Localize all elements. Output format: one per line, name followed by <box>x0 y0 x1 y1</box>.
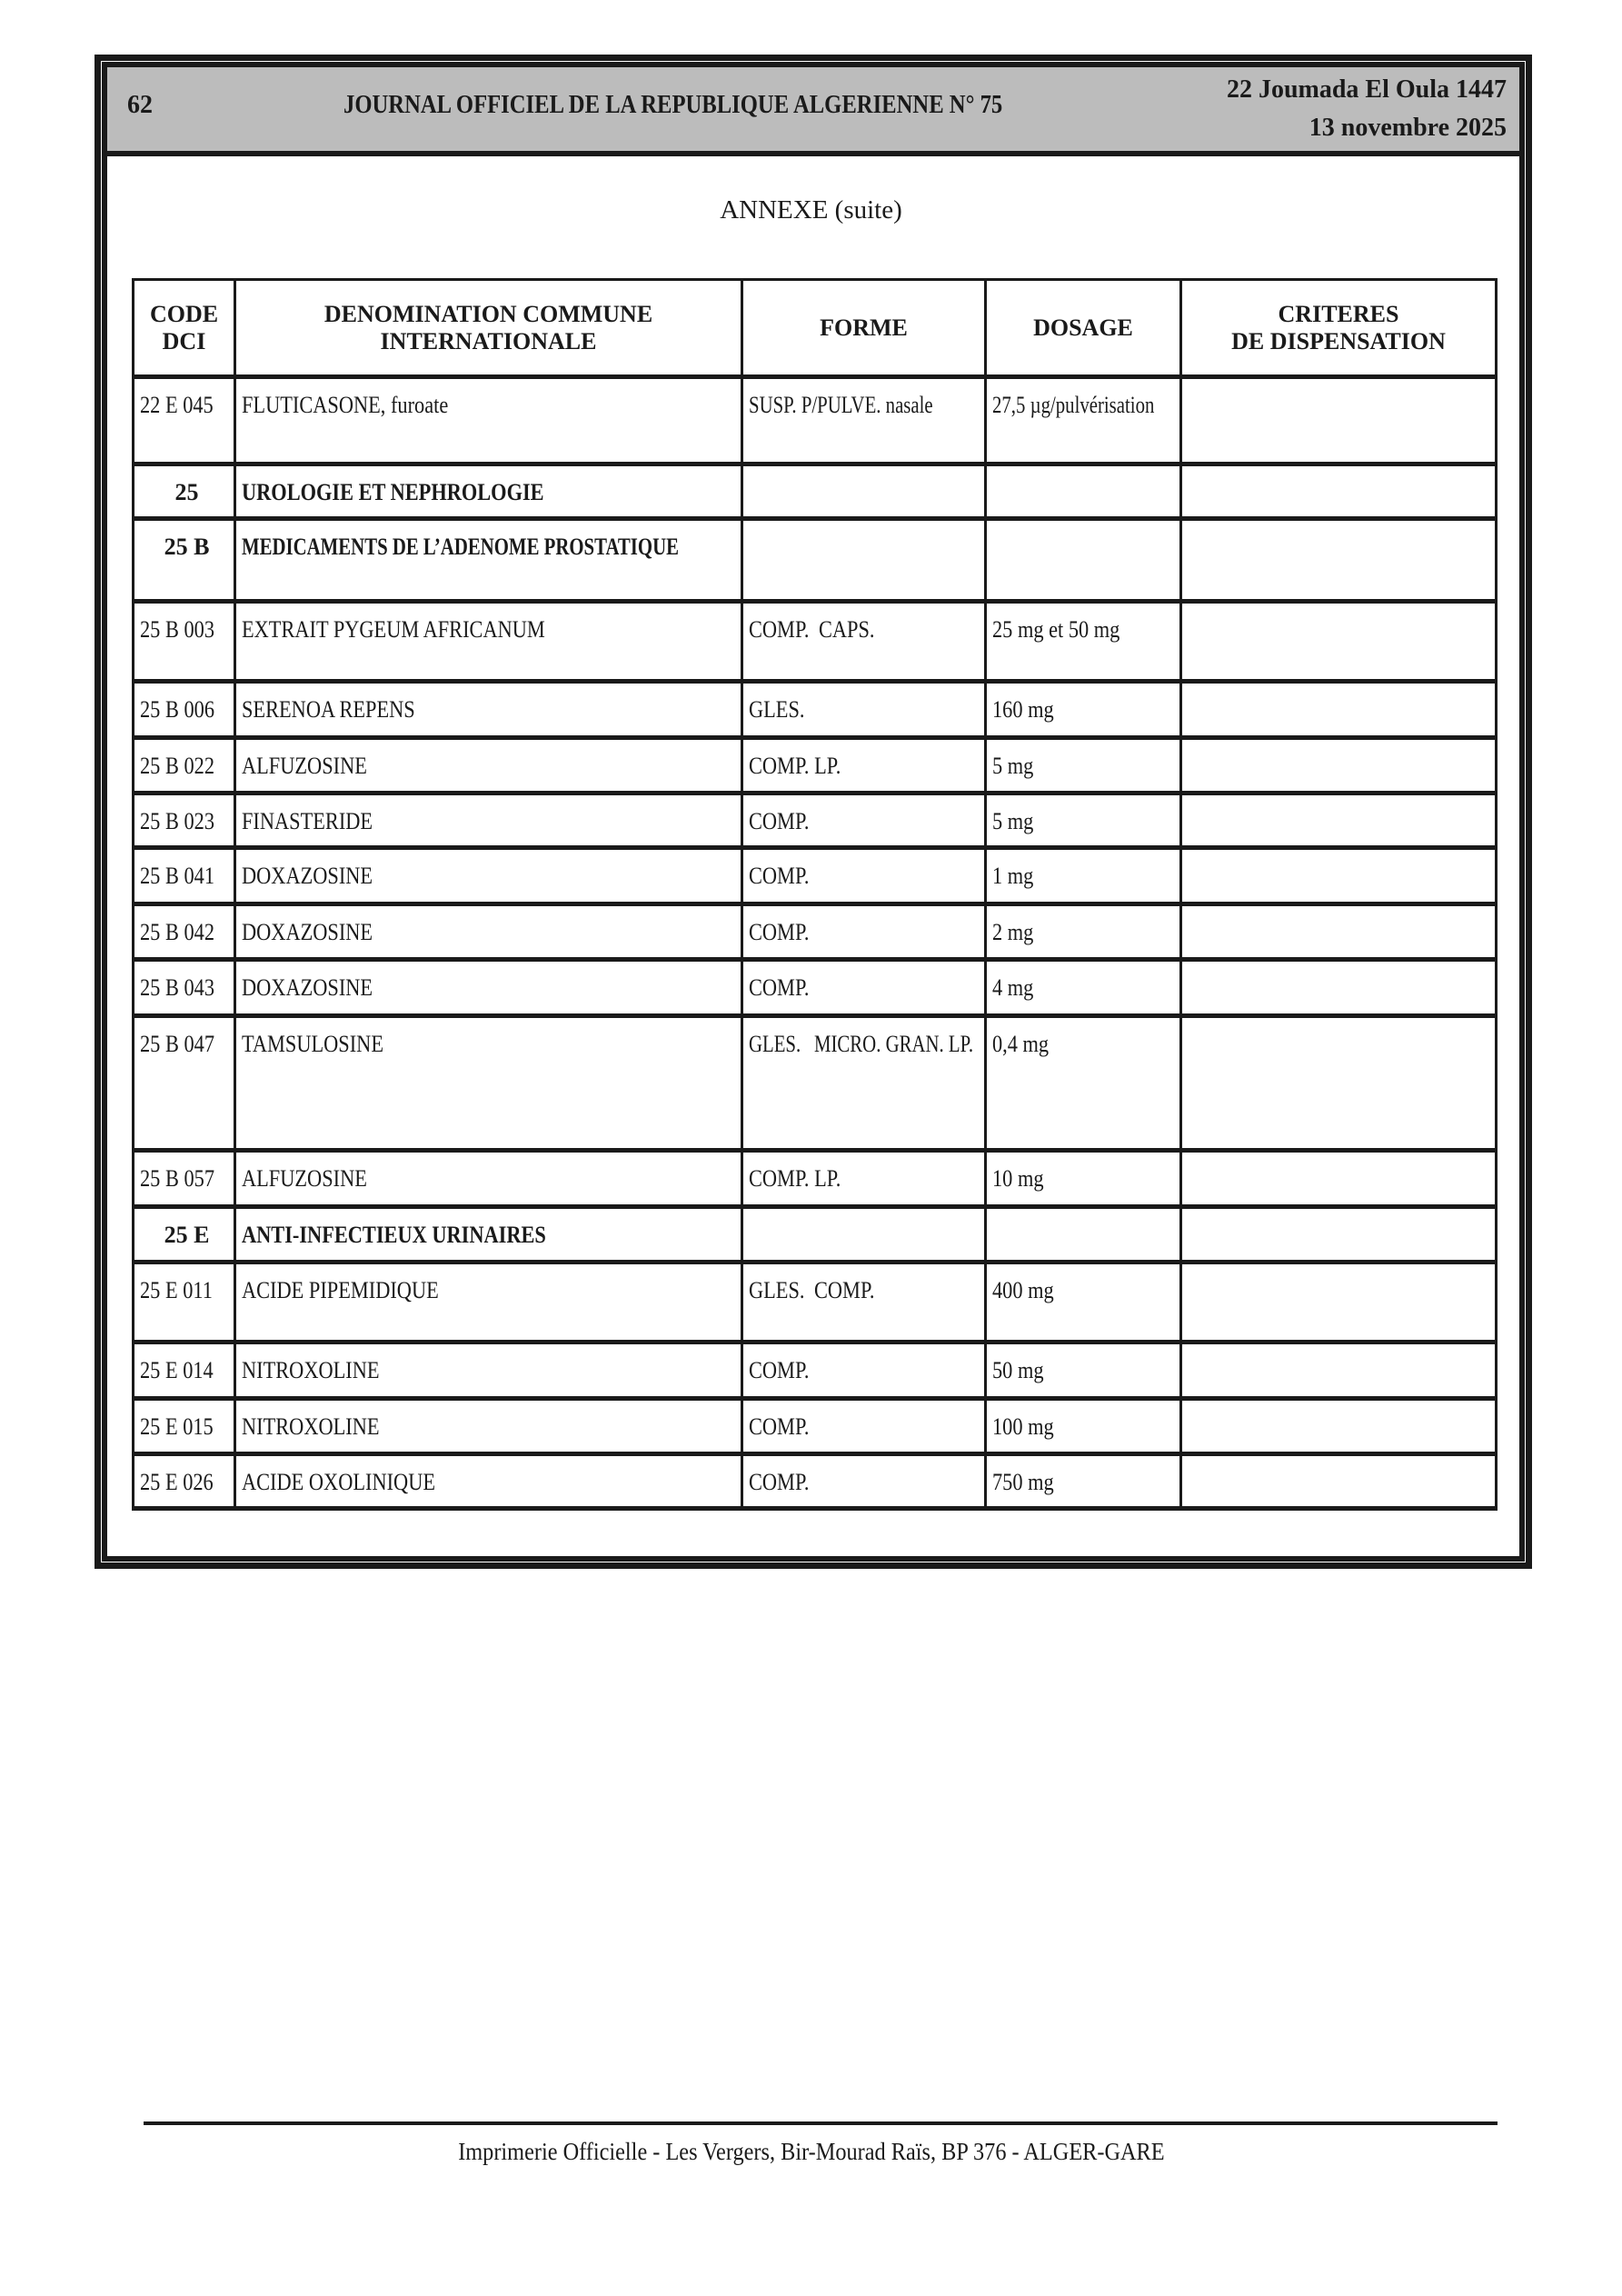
criteres-cell <box>1181 848 1497 904</box>
dosage-value: 1 mg <box>992 863 1033 890</box>
dci-code: 22 E 045 <box>140 392 214 419</box>
forme-line: COMP. <box>749 919 810 946</box>
forme-cell: COMP. <box>742 848 986 904</box>
dci-code: 25 <box>175 479 199 505</box>
dosage-cell: 5 mg <box>986 738 1181 794</box>
criteres-cell <box>1181 519 1497 602</box>
denomination-cell: MEDICAMENTS DE L’ADENOME PROSTATIQUE <box>235 519 742 602</box>
annexe-title: ANNEXE (suite) <box>0 195 1622 225</box>
dosage-value: 0,4 mg <box>992 1031 1049 1058</box>
dosage-cell: 25 mg et 50 mg <box>986 602 1181 682</box>
column-header-denomination: DENOMINATION COMMUNEINTERNATIONALE <box>235 280 742 377</box>
drug-name: FLUTICASONE, furoate <box>242 392 448 419</box>
dci-code-cell: 25 B 041 <box>134 848 235 904</box>
forme-line: COMP. LP. <box>749 1165 841 1193</box>
table-row: 25 B 023FINASTERIDECOMP.5 mg <box>134 794 1497 848</box>
drug-name: TAMSULOSINE <box>242 1031 383 1058</box>
dci-code-cell: 25 B 042 <box>134 904 235 960</box>
forme-line: CAPS. <box>819 616 875 644</box>
column-header-line: CRITERES <box>1182 301 1495 328</box>
denomination-cell: ALFUZOSINE <box>235 1151 742 1207</box>
dci-code-cell: 25 B 023 <box>134 794 235 848</box>
dci-code: 25 B 043 <box>140 974 214 1002</box>
hijri-date: 22 Joumada El Oula 1447 <box>1227 71 1507 109</box>
column-header-line: DCI <box>134 328 234 355</box>
column-header-dosage: DOSAGE <box>986 280 1181 377</box>
criteres-cell <box>1181 1207 1497 1263</box>
criteres-cell <box>1181 904 1497 960</box>
criteres-cell <box>1181 794 1497 848</box>
table-row: 25 E 014NITROXOLINECOMP.50 mg <box>134 1343 1497 1399</box>
dci-code: 25 B 003 <box>140 616 214 644</box>
criteres-cell <box>1181 1016 1497 1151</box>
criteres-cell <box>1181 377 1497 464</box>
forme-cell: COMP. <box>742 1454 986 1509</box>
dci-code: 25 B 006 <box>140 696 214 724</box>
dosage-value: 4 mg <box>992 974 1033 1002</box>
dosage-value: 160 mg <box>992 696 1054 724</box>
denomination-cell: ANTI-INFECTIEUX URINAIRES <box>235 1207 742 1263</box>
dosage-cell: 400 mg <box>986 1263 1181 1343</box>
criteres-cell <box>1181 1151 1497 1207</box>
dci-code: 25 E 015 <box>140 1413 214 1441</box>
dosage-cell: 0,4 mg <box>986 1016 1181 1151</box>
table-row: 22 E 045FLUTICASONE, furoateSUSP. P/PULV… <box>134 377 1497 464</box>
dci-code-cell: 25 <box>134 464 235 519</box>
column-header-line: INTERNATIONALE <box>236 328 741 355</box>
dci-code-cell: 22 E 045 <box>134 377 235 464</box>
forme-line: COMP. <box>749 616 810 644</box>
section-title: MEDICAMENTS DE L’ADENOME PROSTATIQUE <box>242 534 679 561</box>
forme-line: GLES. <box>749 1031 801 1058</box>
table-row: 25 B 043DOXAZOSINECOMP.4 mg <box>134 960 1497 1016</box>
dci-code-cell: 25 E <box>134 1207 235 1263</box>
denomination-cell: DOXAZOSINE <box>235 848 742 904</box>
forme-cell: COMP. LP. <box>742 738 986 794</box>
forme-cell: COMP. <box>742 794 986 848</box>
forme-line: MICRO. GRAN. LP. <box>814 1031 973 1058</box>
forme-line: COMP. <box>749 808 810 835</box>
dosage-value: 50 mg <box>992 1357 1044 1384</box>
dosage-cell: 100 mg <box>986 1399 1181 1454</box>
forme-cell: COMP. <box>742 960 986 1016</box>
denomination-cell: FINASTERIDE <box>235 794 742 848</box>
section-row: 25 EANTI-INFECTIEUX URINAIRES <box>134 1207 1497 1263</box>
column-header-line: DE DISPENSATION <box>1182 328 1495 355</box>
dci-code: 25 E 026 <box>140 1469 214 1496</box>
dci-code: 25 B <box>164 534 210 560</box>
criteres-cell <box>1181 1454 1497 1509</box>
dci-code-cell: 25 E 011 <box>134 1263 235 1343</box>
forme-line: COMP. <box>749 863 810 890</box>
section-row: 25 BMEDICAMENTS DE L’ADENOME PROSTATIQUE <box>134 519 1497 602</box>
dosage-cell: 27,5 µg/pulvérisation <box>986 377 1181 464</box>
column-header-criteres: CRITERESDE DISPENSATION <box>1181 280 1497 377</box>
denomination-cell: EXTRAIT PYGEUM AFRICANUM <box>235 602 742 682</box>
table-row: 25 E 026ACIDE OXOLINIQUECOMP.750 mg <box>134 1454 1497 1509</box>
column-header-line: DENOMINATION COMMUNE <box>236 301 741 328</box>
forme-line: COMP. <box>814 1277 875 1304</box>
denomination-cell: ALFUZOSINE <box>235 738 742 794</box>
column-header-forme: FORME <box>742 280 986 377</box>
dci-code-cell: 25 B 022 <box>134 738 235 794</box>
dosage-cell: 160 mg <box>986 682 1181 738</box>
drug-name: SERENOA REPENS <box>242 696 415 724</box>
forme-cell: COMP. LP. <box>742 1151 986 1207</box>
forme-cell: GLES. <box>742 682 986 738</box>
forme-cell: GLES.MICRO. GRAN. LP.MICRO. GRAN. à LP. … <box>742 1016 986 1151</box>
dosage-cell <box>986 1207 1181 1263</box>
dci-code: 25 B 022 <box>140 753 214 780</box>
column-header-line: FORME <box>743 314 984 342</box>
dci-code-cell: 25 B <box>134 519 235 602</box>
section-title: ANTI-INFECTIEUX URINAIRES <box>242 1222 546 1249</box>
dci-code: 25 B 042 <box>140 919 214 946</box>
dosage-value: 5 mg <box>992 753 1033 780</box>
table-row: 25 E 015NITROXOLINECOMP.100 mg <box>134 1399 1497 1454</box>
table-row: 25 B 022ALFUZOSINECOMP. LP.5 mg <box>134 738 1497 794</box>
forme-cell <box>742 1207 986 1263</box>
dci-code: 25 E 011 <box>140 1277 213 1304</box>
section-title: UROLOGIE ET NEPHROLOGIE <box>242 479 544 506</box>
dci-code-cell: 25 B 003 <box>134 602 235 682</box>
forme-cell: SUSP. P/PULVE. nasale <box>742 377 986 464</box>
denomination-cell: DOXAZOSINE <box>235 904 742 960</box>
forme-line: GLES. <box>749 696 804 724</box>
table-body: 22 E 045FLUTICASONE, furoateSUSP. P/PULV… <box>134 377 1497 1509</box>
dci-code: 25 B 057 <box>140 1165 214 1193</box>
criteres-cell <box>1181 960 1497 1016</box>
forme-line: COMP. <box>749 1357 810 1384</box>
dci-code-cell: 25 E 015 <box>134 1399 235 1454</box>
dosage-cell <box>986 464 1181 519</box>
drug-name: DOXAZOSINE <box>242 919 373 946</box>
drug-name: EXTRAIT PYGEUM AFRICANUM <box>242 616 545 644</box>
dci-code: 25 B 041 <box>140 863 214 890</box>
denomination-cell: NITROXOLINE <box>235 1399 742 1454</box>
page-number: 62 <box>127 91 153 120</box>
table-row: 25 B 047TAMSULOSINEGLES.MICRO. GRAN. LP.… <box>134 1016 1497 1151</box>
dci-code: 25 E <box>164 1222 210 1248</box>
forme-cell <box>742 464 986 519</box>
dci-code: 25 B 023 <box>140 808 214 835</box>
drug-name: ACIDE PIPEMIDIQUE <box>242 1277 439 1304</box>
section-row: 25UROLOGIE ET NEPHROLOGIE <box>134 464 1497 519</box>
dosage-value: 5 mg <box>992 808 1033 835</box>
column-header-line: CODE <box>134 301 234 328</box>
dosage-value: 750 mg <box>992 1469 1054 1496</box>
criteres-cell <box>1181 464 1497 519</box>
forme-cell: GLES.COMP. <box>742 1263 986 1343</box>
drug-name: DOXAZOSINE <box>242 863 373 890</box>
table-row: 25 B 041DOXAZOSINECOMP.1 mg <box>134 848 1497 904</box>
dosage-value: 2 mg <box>992 919 1033 946</box>
dci-code-cell: 25 B 057 <box>134 1151 235 1207</box>
dci-code-cell: 25 B 043 <box>134 960 235 1016</box>
journal-title: JOURNAL OFFICIEL DE LA REPUBLIQUE ALGERI… <box>343 91 1002 120</box>
dosage-cell: 750 mg <box>986 1454 1181 1509</box>
drug-name: FINASTERIDE <box>242 808 373 835</box>
denomination-cell: FLUTICASONE, furoate <box>235 377 742 464</box>
medication-annex-table: CODEDCIDENOMINATION COMMUNEINTERNATIONAL… <box>132 278 1498 1511</box>
table-row: 25 B 042DOXAZOSINECOMP.2 mg <box>134 904 1497 960</box>
drug-name: NITROXOLINE <box>242 1413 380 1441</box>
denomination-cell: TAMSULOSINE <box>235 1016 742 1151</box>
forme-cell: COMP. <box>742 904 986 960</box>
dosage-cell: 4 mg <box>986 960 1181 1016</box>
dosage-value: 25 mg et 50 mg <box>992 616 1119 644</box>
forme-cell: COMP. <box>742 1399 986 1454</box>
table-row: 25 B 006SERENOA REPENSGLES.160 mg <box>134 682 1497 738</box>
forme-line: COMP. <box>749 1413 810 1441</box>
dosage-cell: 50 mg <box>986 1343 1181 1399</box>
denomination-cell: SERENOA REPENS <box>235 682 742 738</box>
drug-name: NITROXOLINE <box>242 1357 380 1384</box>
dosage-cell: 5 mg <box>986 794 1181 848</box>
footer-divider <box>144 2121 1498 2125</box>
forme-line: GLES. <box>749 1277 804 1304</box>
gregorian-date: 13 novembre 2025 <box>1227 109 1507 147</box>
criteres-cell <box>1181 1263 1497 1343</box>
criteres-cell <box>1181 738 1497 794</box>
column-header-line: DOSAGE <box>987 314 1179 342</box>
forme-cell: COMP.CAPS. <box>742 602 986 682</box>
dci-code: 25 E 014 <box>140 1357 214 1384</box>
dosage-value: 100 mg <box>992 1413 1054 1441</box>
forme-line: SUSP. P/PULVE. nasale <box>749 392 933 419</box>
footer-imprint: Imprimerie Officielle - Les Vergers, Bir… <box>0 2138 1622 2166</box>
table-row: 25 B 003EXTRAIT PYGEUM AFRICANUMCOMP.CAP… <box>134 602 1497 682</box>
forme-line: COMP. <box>749 974 810 1002</box>
denomination-cell: UROLOGIE ET NEPHROLOGIE <box>235 464 742 519</box>
forme-line: COMP. LP. <box>749 753 841 780</box>
dci-code-cell: 25 B 006 <box>134 682 235 738</box>
denomination-cell: DOXAZOSINE <box>235 960 742 1016</box>
dci-code-cell: 25 E 026 <box>134 1454 235 1509</box>
drug-name: ALFUZOSINE <box>242 753 367 780</box>
drug-name: ACIDE OXOLINIQUE <box>242 1469 435 1496</box>
drug-name: ALFUZOSINE <box>242 1165 367 1193</box>
forme-cell: COMP. <box>742 1343 986 1399</box>
dosage-cell: 2 mg <box>986 904 1181 960</box>
dosage-cell: 10 mg <box>986 1151 1181 1207</box>
dosage-cell <box>986 519 1181 602</box>
criteres-cell <box>1181 682 1497 738</box>
journal-header: 62 JOURNAL OFFICIEL DE LA REPUBLIQUE ALG… <box>107 67 1519 156</box>
criteres-cell <box>1181 1399 1497 1454</box>
issue-date: 22 Joumada El Oula 1447 13 novembre 2025 <box>1227 71 1507 147</box>
criteres-cell <box>1181 602 1497 682</box>
dosage-cell: 1 mg <box>986 848 1181 904</box>
table-header-row: CODEDCIDENOMINATION COMMUNEINTERNATIONAL… <box>134 280 1497 377</box>
denomination-cell: NITROXOLINE <box>235 1343 742 1399</box>
column-header-code-dci: CODEDCI <box>134 280 235 377</box>
dci-code-cell: 25 B 047 <box>134 1016 235 1151</box>
dci-code: 25 B 047 <box>140 1031 214 1058</box>
denomination-cell: ACIDE OXOLINIQUE <box>235 1454 742 1509</box>
dosage-value: 400 mg <box>992 1277 1054 1304</box>
forme-cell <box>742 519 986 602</box>
table-row: 25 B 057ALFUZOSINECOMP. LP.10 mg <box>134 1151 1497 1207</box>
dosage-value: 10 mg <box>992 1165 1044 1193</box>
dosage-value: 27,5 µg/pulvérisation <box>992 392 1154 419</box>
dci-code-cell: 25 E 014 <box>134 1343 235 1399</box>
denomination-cell: ACIDE PIPEMIDIQUE <box>235 1263 742 1343</box>
drug-name: DOXAZOSINE <box>242 974 373 1002</box>
forme-line: COMP. <box>749 1469 810 1496</box>
table-row: 25 E 011ACIDE PIPEMIDIQUEGLES.COMP.400 m… <box>134 1263 1497 1343</box>
criteres-cell <box>1181 1343 1497 1399</box>
